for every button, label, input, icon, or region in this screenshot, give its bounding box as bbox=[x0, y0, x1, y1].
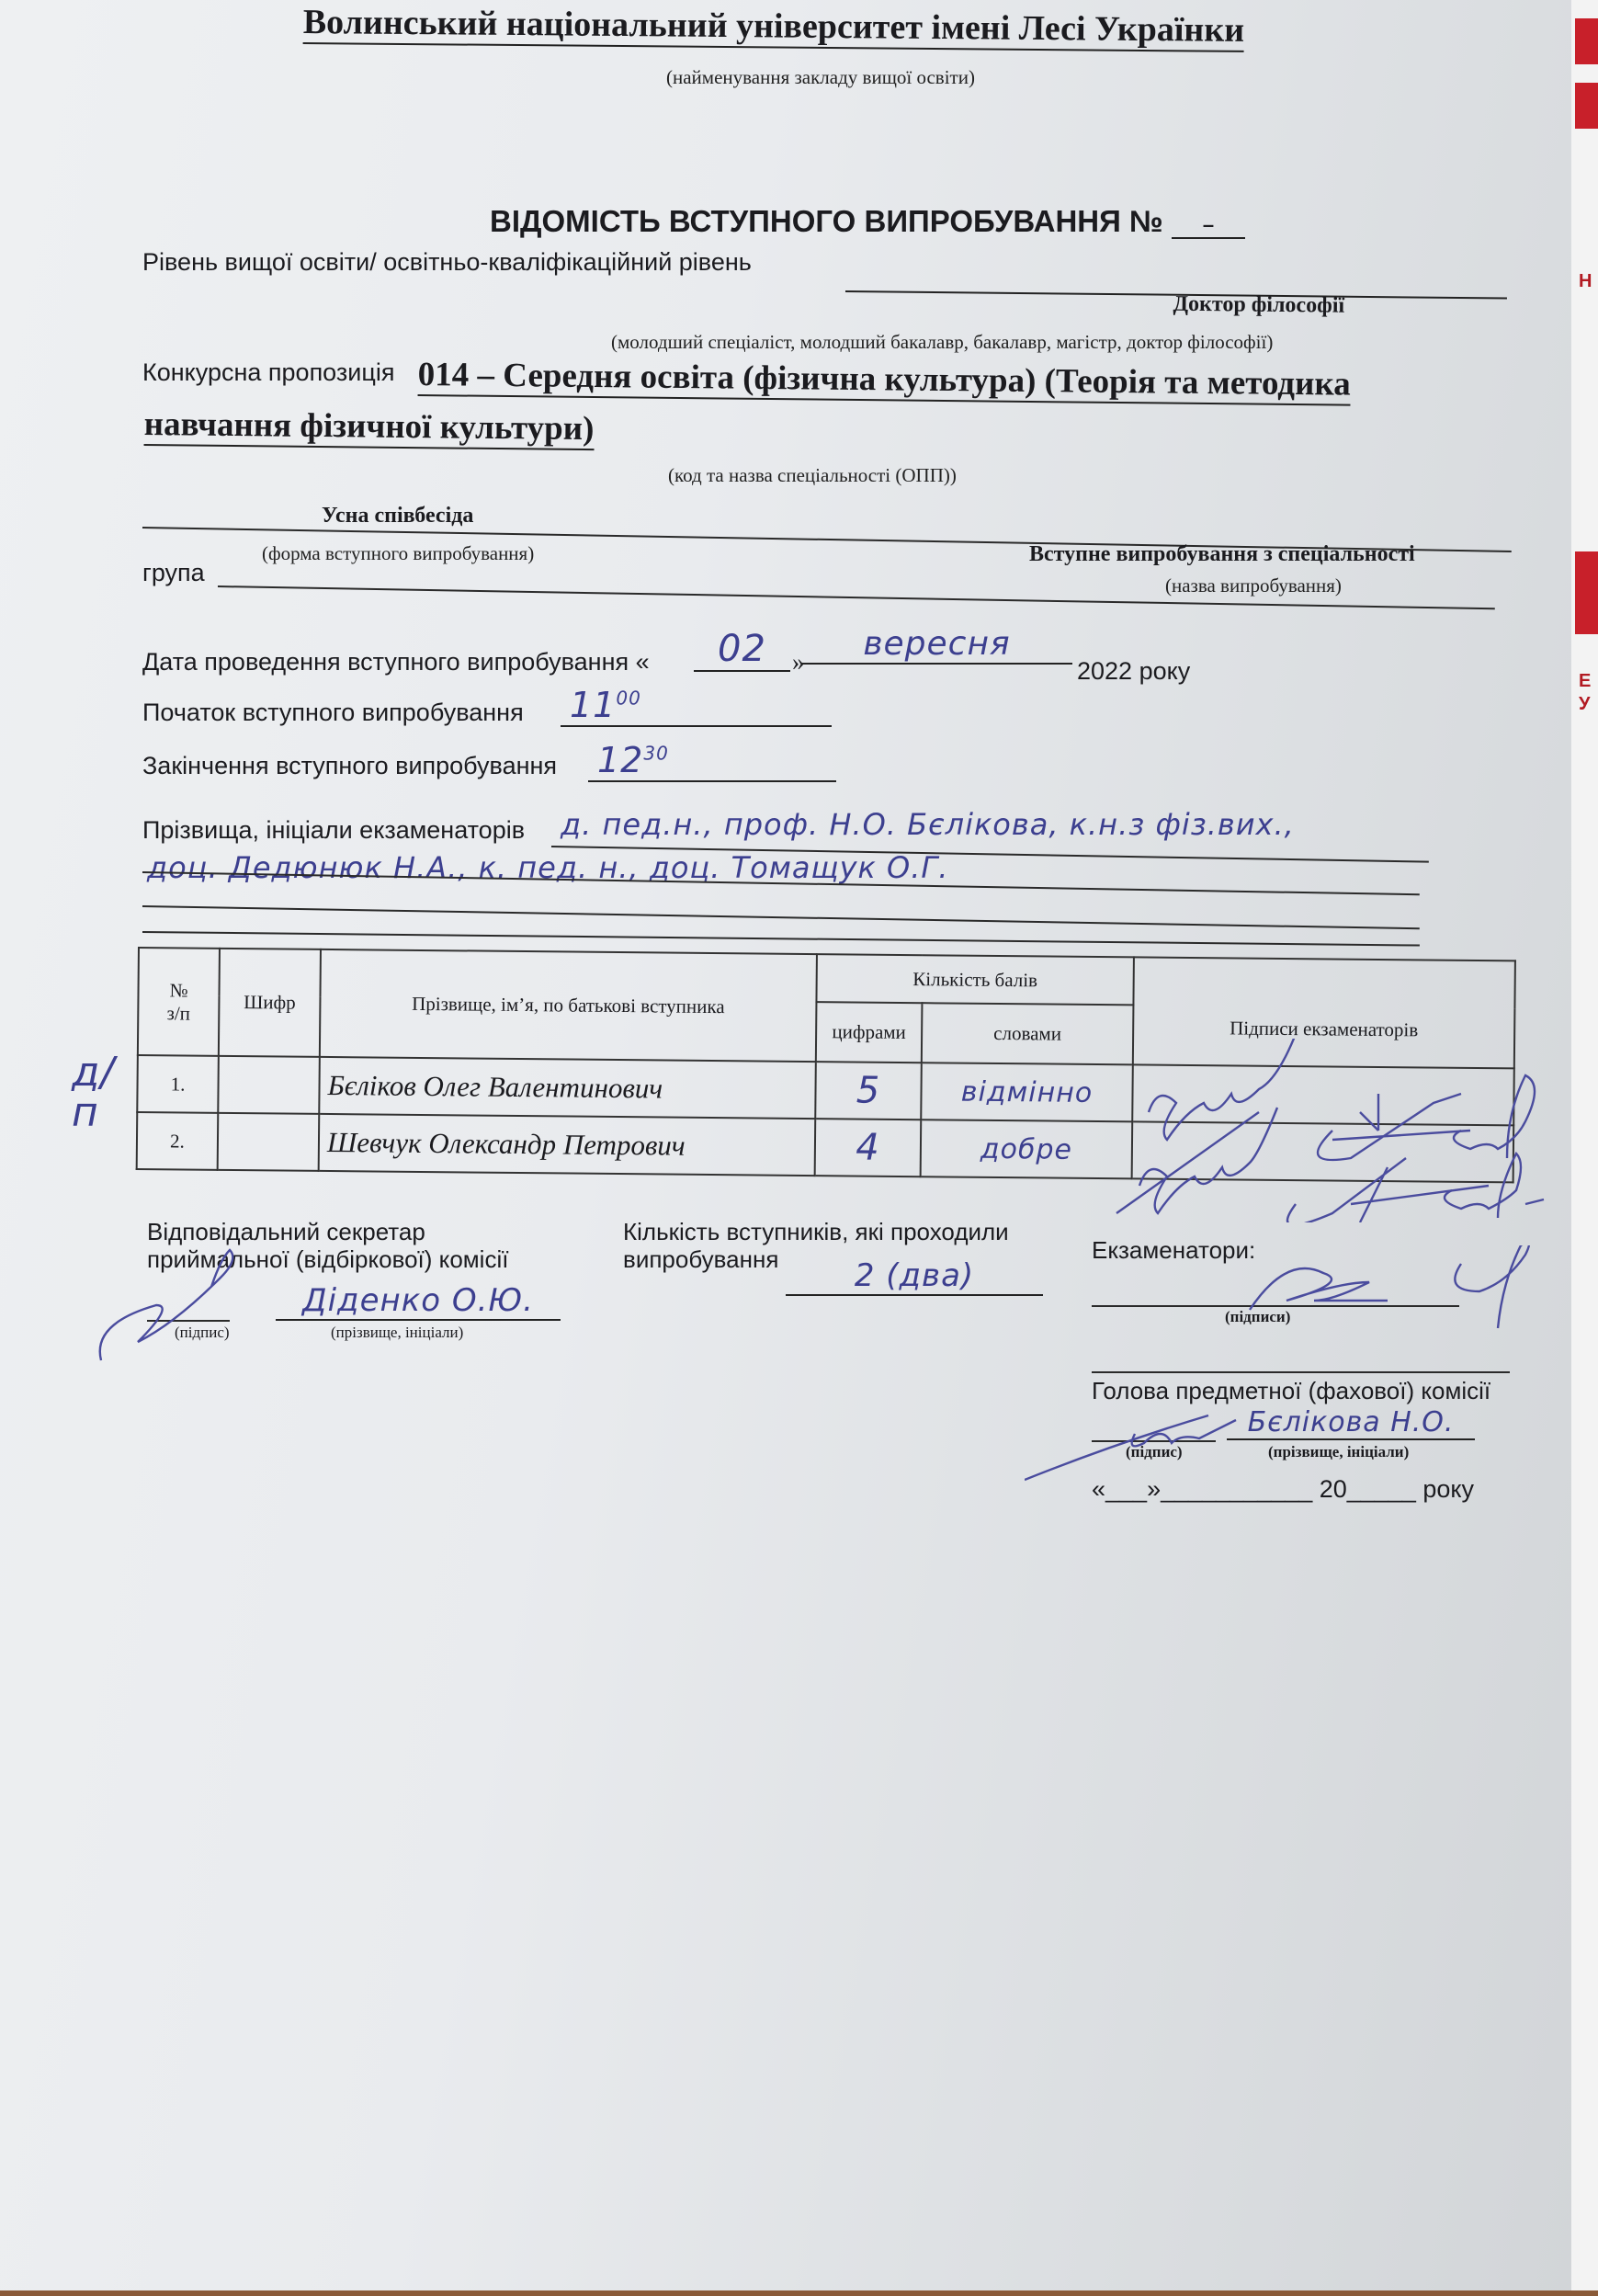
examiners-footer-signature bbox=[1231, 1245, 1581, 1347]
header-score-words: словами bbox=[922, 1003, 1134, 1064]
end-hours: 12 bbox=[597, 740, 643, 780]
date-month[interactable]: вересня bbox=[801, 625, 1072, 665]
end-time[interactable]: 1230 bbox=[588, 740, 836, 782]
proposal-caption: (код та назва спеціальності (ОПП)) bbox=[668, 464, 957, 487]
header-score-digits: цифрами bbox=[816, 1002, 923, 1063]
group-label: група bbox=[142, 559, 205, 587]
institution-name: Волинський національний університет імен… bbox=[303, 2, 1245, 52]
proposal-label: Конкурсна пропозиція bbox=[142, 358, 394, 387]
row-num: 1. bbox=[137, 1055, 219, 1113]
chair-name-caption: (прізвище, ініціали) bbox=[1268, 1443, 1409, 1461]
exam-name-caption: (назва випробування) bbox=[1165, 574, 1342, 597]
examiners-label: Прізвища, ініціали екзаменаторів bbox=[142, 816, 525, 845]
chair-date-line[interactable]: «___»___________ 20_____ року bbox=[1092, 1475, 1474, 1504]
date-day[interactable]: 02 bbox=[694, 628, 790, 672]
row-num: 2. bbox=[137, 1112, 219, 1170]
exam-name-value: Вступне випробування з спеціальності bbox=[1029, 542, 1415, 567]
examiner-signatures bbox=[1112, 1039, 1590, 1222]
row-name: Бєліков Олег Валентинович bbox=[319, 1057, 816, 1119]
secretary-name-caption: (прізвище, ініціали) bbox=[331, 1324, 463, 1342]
header-score-group: Кількість балів bbox=[816, 954, 1133, 1005]
secretary-signature bbox=[92, 1232, 312, 1379]
exam-form-caption: (форма вступного випробування) bbox=[262, 542, 534, 565]
title-text: ВІДОМІСТЬ ВСТУПНОГО ВИПРОБУВАННЯ № bbox=[490, 204, 1163, 238]
end-label: Закінчення вступного випробування bbox=[142, 752, 557, 780]
row-cipher bbox=[218, 1056, 320, 1114]
level-value-text: Доктор філософії bbox=[1173, 292, 1344, 318]
secretary-name[interactable]: Діденко О.Ю. bbox=[276, 1282, 561, 1321]
header-num: № з/п bbox=[138, 948, 220, 1056]
page-title: ВІДОМІСТЬ ВСТУПНОГО ВИПРОБУВАННЯ № – bbox=[490, 204, 1245, 239]
row-score-digits[interactable]: 5 bbox=[815, 1062, 922, 1120]
examiners-line1: д. пед.н., проф. Н.О. Бєлікова, к.н.з фі… bbox=[561, 807, 1295, 842]
count-value[interactable]: 2 (два) bbox=[786, 1257, 1043, 1296]
start-hours: 11 bbox=[570, 685, 616, 725]
header-cipher: Шифр bbox=[219, 949, 321, 1057]
start-time[interactable]: 1100 bbox=[561, 685, 832, 727]
row-score-digits[interactable]: 4 bbox=[815, 1119, 922, 1176]
start-minutes: 00 bbox=[616, 687, 640, 709]
level-label: Рівень вищої освіти/ освітньо-кваліфікац… bbox=[142, 248, 752, 277]
header-name: Прізвище, ім’я, по батькові вступника bbox=[320, 949, 817, 1062]
institution-caption: (найменування закладу вищої освіти) bbox=[666, 66, 975, 89]
exam-form-value: Усна співбесіда bbox=[322, 504, 473, 529]
row-cipher bbox=[218, 1113, 320, 1171]
chair-name[interactable]: Бєлікова Н.О. bbox=[1227, 1406, 1475, 1440]
start-label: Початок вступного випробування bbox=[142, 699, 524, 727]
date-year: 2022 року bbox=[1077, 657, 1190, 686]
title-number: – bbox=[1172, 213, 1245, 239]
row-score-words[interactable]: відмінно bbox=[921, 1063, 1133, 1121]
proposal-value-line2: навчання фізичної культури) bbox=[144, 404, 595, 450]
end-minutes: 30 bbox=[643, 742, 668, 764]
row-score-words[interactable]: добре bbox=[921, 1120, 1133, 1178]
date-label: Дата проведення вступного випробування « bbox=[142, 648, 650, 676]
margin-note: д/п bbox=[72, 1052, 108, 1133]
row-name: Шевчук Олександр Петрович bbox=[319, 1114, 816, 1176]
level-caption: (молодший спеціаліст, молодший бакалавр,… bbox=[611, 331, 1273, 354]
